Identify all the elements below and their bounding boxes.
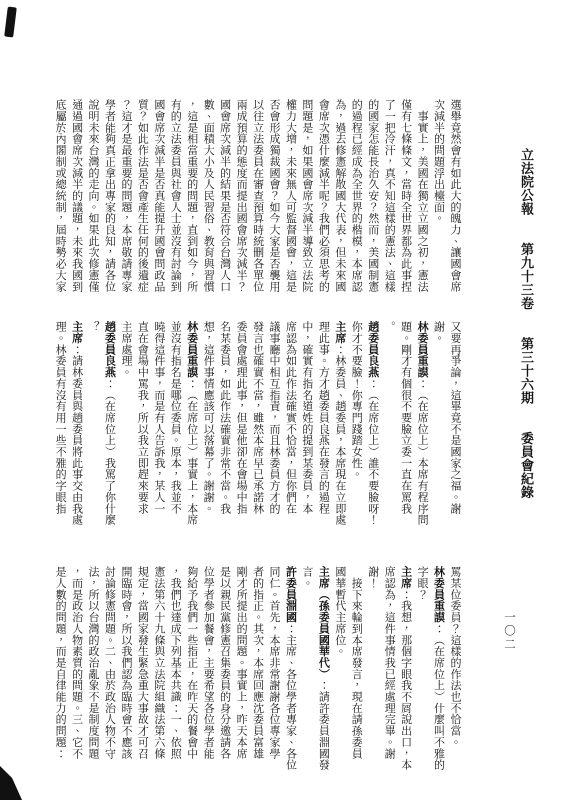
text-column: 問題是，如果國會席次減半導致立法院: [298, 99, 314, 305]
text-column: 言。: [298, 566, 314, 776]
text-column: 想，這件事情應該可以落幕了。謝謝。: [200, 321, 216, 527]
gazette-header: 立法院公報 第九十三卷 第三十六期 委員會紀錄: [517, 148, 536, 499]
text-column: 主席：我想，那個字眼我不屑說出口，本: [397, 566, 413, 776]
text-column: 國華暫代主席位。: [331, 566, 347, 776]
text-column: 權力大增，未來無人可監督國會，這是: [282, 99, 298, 305]
text-column: 剛才所提出的問題。事實上，昨天本席: [233, 566, 249, 776]
text-band-upper: 選舉竟然會有如此大的魄力、讓國會席次減半的問題浮出檯面。 事實上，美國在獨立立國…: [51, 99, 463, 305]
text-column: 學者能夠真正拿出專家的良知，請各位: [101, 99, 117, 305]
text-column: 許委員淵國：主席、各位學者專家、各位: [282, 566, 298, 776]
text-column: 法，所以台灣的政治亂象不是制度問題: [85, 566, 101, 776]
text-column: 曉得這件事，而是有人告訴我，某人一: [150, 321, 166, 527]
speaker-name: 林委員重謨: [416, 321, 428, 378]
scan-artifact-bottom-left: [0, 760, 22, 800]
text-column: 謝。: [430, 321, 446, 527]
text-column: 否會形成獨裁國會？如今大家是否襲用: [266, 99, 282, 305]
text-column: 中，確實有指名道姓的提到某委員，本: [298, 321, 314, 527]
text-column: 是以親民黨修憲召集委員的身分邀請各: [216, 566, 232, 776]
text-column: 質？如此作法是否會產生任何的後遺症: [134, 99, 150, 305]
text-column: 你才不要臉！你專門踐踏女性。: [348, 321, 364, 527]
page-number: 一〇二: [501, 611, 517, 652]
speaker-name: 林委員重謨: [186, 321, 198, 378]
text-column: 兩成預算的態度而提出國會席次減半？: [233, 99, 249, 305]
speaker-name: 趙委員良燕: [103, 321, 115, 378]
text-column: 林委員重謨：（在席位上）事實上，本席: [183, 321, 199, 527]
text-column: 底屬於內閣制或總統制，屆時勢必大家: [52, 99, 68, 305]
text-column: 國會席次減半的結果是否符合台灣人口: [216, 99, 232, 305]
text-column: 直在會場中罵我，所以我立即趕來要求: [134, 321, 150, 527]
text-column: 是人數的問題，而是自律能力的問題：: [52, 566, 68, 776]
text-column: 理。林委員有沒有用一些不雅的字眼指: [52, 321, 68, 527]
text-column: 有的立法委員與社會人士並沒有討論到: [167, 99, 183, 305]
speaker-name: 林委員重謨: [433, 566, 445, 623]
text-column: ？這才是最重要的問題，本席敬請專家: [117, 99, 133, 305]
text-column: 國會席次減半是否真能提升國會問政品: [150, 99, 166, 305]
text-band-middle: 又要再爭論，這畢竟不是國家之福。謝謝。林委員重謨：（在席位上）本席有程序問題。剛…: [51, 321, 463, 527]
text-column: 並沒有指名是哪位委員。原本，我並不: [167, 321, 183, 527]
text-column: 謝！: [364, 566, 380, 776]
speaker-name: 主席（孫委員國華代）: [317, 566, 329, 680]
gazette-page: { "page": { "header": "立法院公報 第九十三卷 第三十六期…: [0, 0, 565, 800]
text-column: ，而是政治人物素質的問題。三、它不: [68, 566, 84, 776]
text-column: 主席處理。: [117, 321, 133, 527]
text-column: 發言也確實不當，雖然本席早已承諾林: [249, 321, 265, 527]
text-column: 題。剛才有個很不要臉立委一直在罵我: [397, 321, 413, 527]
text-column: 通過國會席次減半的議題，未來我國到: [68, 99, 84, 305]
text-band-lower: 罵某位委員？這樣的作法也不恰當。林委員重謨：（在席位上）什麼叫不雅的字眼？主席：…: [51, 566, 463, 776]
text-column: 林委員重謨：（在席位上）什麼叫不雅的: [430, 566, 446, 776]
text-column: 同仁。首先，本席非常謝謝各位專家學: [266, 566, 282, 776]
text-column: 趙委員良燕：（在席位上）誰不要臉呀！: [364, 321, 380, 527]
text-column: 罵某位委員？這樣的作法也不恰當。: [447, 566, 463, 776]
text-column: 開臨時會，所以我們認為臨時會不應該: [117, 566, 133, 776]
text-column: 次減半的問題浮出檯面。: [430, 99, 446, 305]
speaker-name: 許委員淵國: [284, 566, 296, 623]
text-column: 趙委員良燕：（在席位上）我罵了你什麼: [101, 321, 117, 527]
text-column: 數、面積大小及人民習俗、教育與習慣: [200, 99, 216, 305]
text-column: 名某委員，如此作法確實非常不當。我: [216, 321, 232, 527]
text-column: ，我們也達成下列基本共識：一、依照: [167, 566, 183, 776]
text-column: 主席：林委員、趙委員，本席現在立即處: [331, 321, 347, 527]
text-column: 規定，當國家發生緊急重大事故才可召: [134, 566, 150, 776]
speaker-name: 主席: [400, 566, 412, 589]
text-column: 了一把冷汗，真不知這樣的憲法、這樣: [381, 99, 397, 305]
text-column: ，這是相當重要的問題，直到如今，所: [183, 99, 199, 305]
text-column: 僅有七條條文，當時全世界都為此事捏: [397, 99, 413, 305]
text-column: 討論修憲問題。二、由於政治人物不守: [101, 566, 117, 776]
text-column: 選舉竟然會有如此大的魄力、讓國會席: [447, 99, 463, 305]
text-column: 議事廳中相互指責，而且林委員方才的: [266, 321, 282, 527]
text-column: 的國家怎能長治久安？然而，美國制憲: [364, 99, 380, 305]
text-column: 的過程已經成為全世界的楷模，本席認: [348, 99, 364, 305]
speaker-name: 主席: [334, 321, 346, 344]
speaker-name: 主席: [71, 321, 83, 344]
text-column: 主席（孫委員國華代）：請許委員淵國發: [315, 566, 331, 776]
text-column: 理此事。方才趙委員良燕在發言的過程: [315, 321, 331, 527]
text-column: 又要再爭論，這畢竟不是國家之福。謝: [447, 321, 463, 527]
scan-artifact-top-left: [4, 7, 17, 38]
text-column: 席認為如此作法確實不恰當，但你們在: [282, 321, 298, 527]
text-column: 字眼？: [414, 566, 430, 776]
text-column: 者的指正。其次，本席回應沈委員富雄: [249, 566, 265, 776]
text-column: 憲法第六十九條與立法院組織法第六條: [150, 566, 166, 776]
text-column: 。: [381, 321, 397, 527]
text-column: 位學者參加餐會，主要希望各位學者能: [200, 566, 216, 776]
text-column: 主席：請林委員與趙委員將此事交由我處: [68, 321, 84, 527]
text-column: 委員會處理此事，但是他卻在會場中指: [233, 321, 249, 527]
text-column: 夠給予我們一些指正，在昨天的餐會中: [183, 566, 199, 776]
text-column: 席認為，這件事情我已經處理完畢。謝: [381, 566, 397, 776]
text-column: 林委員重謨：（在席位上）本席有程序問: [414, 321, 430, 527]
text-column: 會席次憑什麼減半呢？我們必須思考的: [315, 99, 331, 305]
text-column: 說明未來台灣的走向。如果此次修憲僅: [85, 99, 101, 305]
text-column: 事實上，美國在獨立立國之初，憲法: [414, 99, 430, 305]
text-column: ？: [85, 321, 101, 527]
text-column: 接下來輪到本席發言，現在請孫委員: [348, 566, 364, 776]
speaker-name: 趙委員良燕: [367, 321, 379, 378]
text-column: 為，過去修憲解散國大代表，但未來國: [331, 99, 347, 305]
text-column: 以往立法委員在審查預算時統刪各單位: [249, 99, 265, 305]
